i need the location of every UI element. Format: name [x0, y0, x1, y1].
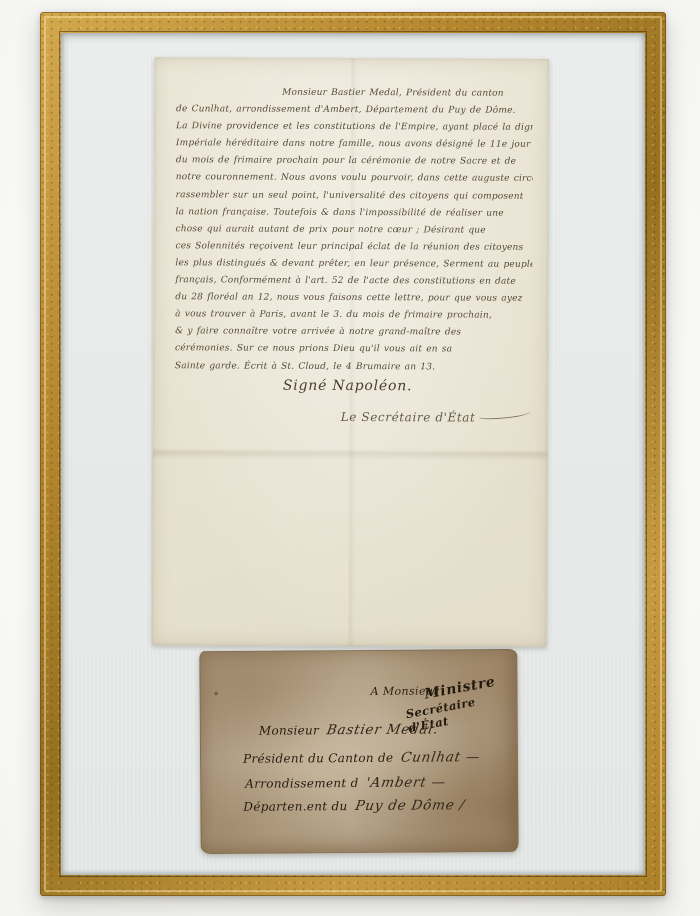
address-printed: Monsieur	[259, 723, 319, 737]
address-line: MonsieurBastier Medal.	[259, 718, 439, 738]
letter-line: les plus distingués & devant prêter, en …	[175, 255, 532, 274]
mat-board: Monsieur Bastier Medal, Président du can…	[61, 33, 645, 875]
address-handwritten: Bastier Medal.	[326, 721, 440, 738]
letter-line: rassembler sur un seul point, l'universa…	[176, 187, 533, 206]
address-handwritten: Puy de Dôme /	[354, 797, 466, 814]
letter-line: de Cunlhat, arrondissement d'Ambert, Dép…	[176, 101, 533, 120]
secretary-text: Le Secrétaire d'État	[341, 410, 476, 425]
letter-line: du 28 floréal an 12, nous vous faisons c…	[175, 289, 532, 308]
address-line: Président du Canton deCunlhat —	[243, 746, 481, 767]
letter-line: cérémonies. Sur ce nous prions Dieu qu'i…	[175, 341, 532, 360]
address-printed: Arrondissement d	[245, 776, 358, 791]
secretary-line: Le Secrétaire d'État	[341, 410, 531, 425]
letter-body: Monsieur Bastier Medal, Président du can…	[175, 84, 533, 376]
address-line: Départen.ent duPuy de Dôme /	[243, 794, 465, 815]
address-printed: Président du Canton de	[243, 751, 393, 766]
address-handwritten: 'Ambert —	[365, 774, 447, 791]
letter-line: Impériale héréditaire dans notre famille…	[176, 136, 533, 155]
letter-line: Sainte garde. Écrit à St. Cloud, le 4 Br…	[175, 358, 532, 377]
letter-line: & y faire connaître votre arrivée à notr…	[175, 324, 532, 343]
address-printed: Départen.ent du	[243, 799, 347, 814]
address-handwritten: Cunlhat —	[400, 749, 482, 766]
photo-backdrop: Monsieur Bastier Medal, Président du can…	[0, 0, 700, 916]
signature-line: Signé Napoléon.	[283, 378, 413, 395]
letter-line: ces Solennités reçoivent leur principal …	[175, 238, 532, 257]
letter-line: français, Conformément à l'art. 52 de l'…	[175, 272, 532, 291]
letter-line: notre couronnement. Nous avons voulu pou…	[176, 170, 533, 189]
letter-line: du mois de frimaire prochain pour la cér…	[176, 153, 533, 172]
envelope: A Monsieur Ministre Secrétaire d'État Mo…	[199, 649, 518, 854]
letter-line: La Divine providence et les constitution…	[176, 118, 533, 137]
pen-flourish	[478, 408, 530, 419]
letter-line: à vous trouver à Paris, avant le 3. du m…	[175, 306, 532, 325]
letter-line: Monsieur Bastier Medal, Président du can…	[176, 84, 533, 103]
picture-frame: Monsieur Bastier Medal, Président du can…	[40, 12, 666, 896]
address-line: Arrondissement d'Ambert —	[245, 771, 446, 791]
letter-document: Monsieur Bastier Medal, Président du can…	[152, 57, 550, 647]
letter-line: chose qui aurait autant de prix pour not…	[175, 221, 532, 240]
letter-line: la nation française. Toutefois & dans l'…	[176, 204, 533, 223]
ink-speck	[214, 691, 219, 696]
